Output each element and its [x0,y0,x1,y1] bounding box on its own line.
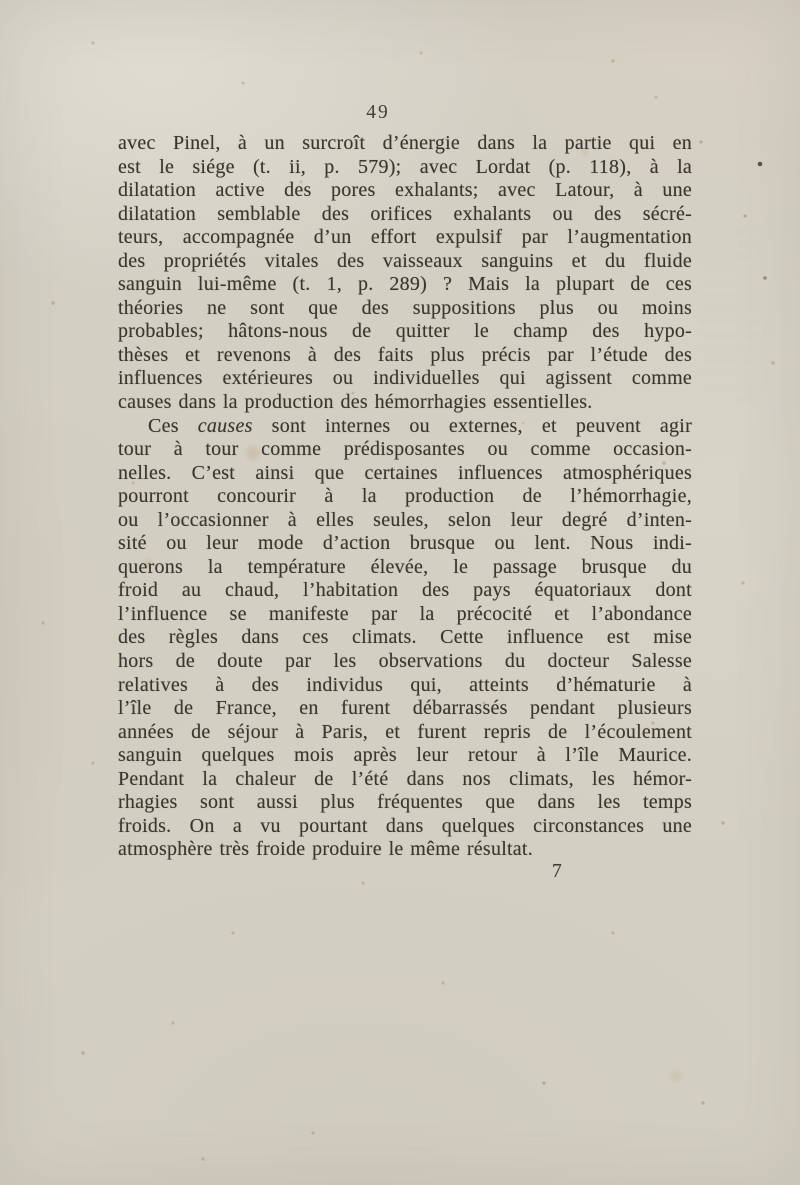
text-line: atmosphère très froide produire le même … [118,838,692,862]
text-line: l’influence se manifeste par la précocit… [118,603,692,627]
text-line: est le siége (t. ii, p. 579); avec Lorda… [118,156,692,180]
page-header: 49 [118,102,690,124]
text-line: avec Pinel, à un surcroît d’énergie dans… [118,132,692,156]
text-line: l’île de France, en furent débarrassés p… [118,697,692,721]
text-line: nelles. C’est ainsi que certaines influe… [118,462,692,486]
text-line: sanguin lui-même (t. 1, p. 289) ? Mais l… [118,273,692,297]
text-line: pourront concourir à la production de l’… [118,485,692,509]
text-line: influences extérieures ou individuelles … [118,367,692,391]
italic-word: causes [198,415,253,437]
text-line: relatives à des individus qui, atteints … [118,674,692,698]
text-line: dilatation semblable des orifices exhala… [118,203,692,227]
text-line: probables; hâtons-nous de quitter le cha… [118,320,692,344]
paper-speckles [0,0,2,2]
text-segment: sont internes ou externes, et peuvent ag… [253,415,692,437]
text-line: thèses et revenons à des faits plus préc… [118,344,692,368]
text-line: querons la température élevée, le passag… [118,556,692,580]
scanned-book-page: 49 avec Pinel, à un surcroît d’énergie d… [0,0,800,1185]
text-line: théories ne sont que des suppositions pl… [118,297,692,321]
text-line: dilatation active des pores exhalants; a… [118,179,692,203]
verso-bleed-smudge [700,230,760,410]
signature-mark: 7 [552,861,562,883]
text-line: teurs, accompagnée d’un effort expulsif … [118,226,692,250]
text-line: sité ou leur mode d’action brusque ou le… [118,532,692,556]
page-number: 49 [366,102,390,123]
text-line: années de séjour à Paris, et furent repr… [118,721,692,745]
text-line: sanguin quelques mois après leur retour … [118,744,692,768]
text-line: froids. On a vu pourtant dans quelques c… [118,815,692,839]
text-block: avec Pinel, à un surcroît d’énergie dans… [118,132,692,862]
text-line: hors de doute par les observations du do… [118,650,692,674]
text-line: ou l’occasionner à elles seules, selon l… [118,509,692,533]
text-segment: Ces [148,415,198,437]
text-line: tour à tour comme prédisposantes ou comm… [118,438,692,462]
text-line: causes dans la production des hémorrhagi… [118,391,692,415]
text-line: Pendant la chaleur de l’été dans nos cli… [118,768,692,792]
text-line: des règles dans ces climats. Cette influ… [118,626,692,650]
text-line: des propriétés vitales des vaisseaux san… [118,250,692,274]
text-line: rhagies sont aussi plus fréquentes que d… [118,791,692,815]
text-line-paragraph-start: Ces causes sont internes ou externes, et… [118,415,692,439]
text-line: froid au chaud, l’habitation des pays éq… [118,579,692,603]
